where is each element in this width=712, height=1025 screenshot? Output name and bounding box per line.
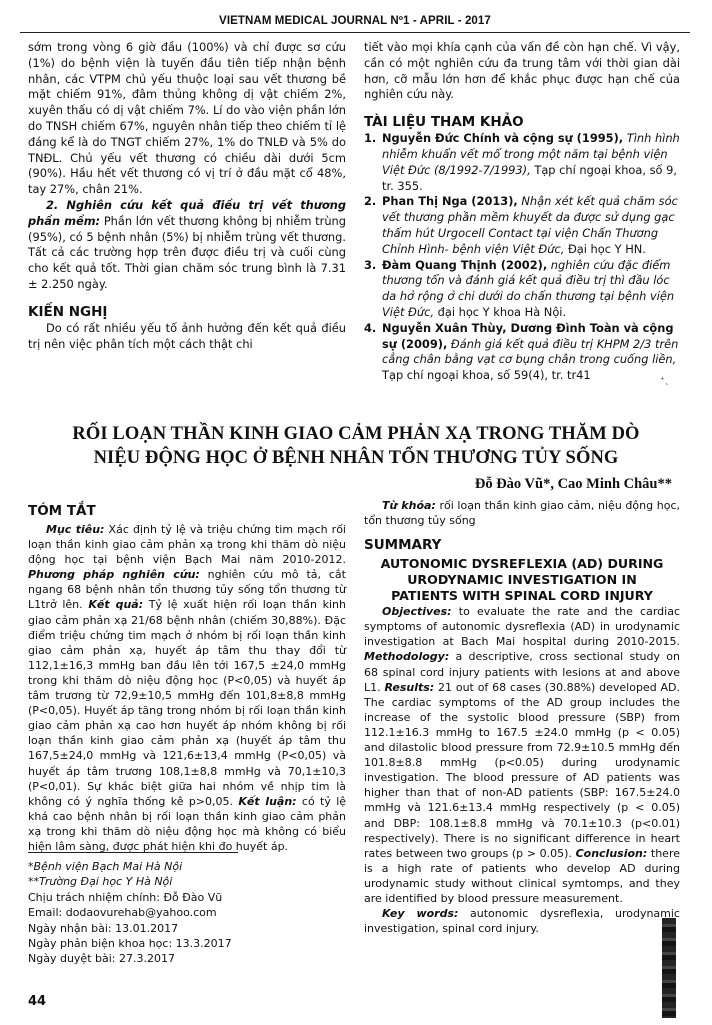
summary-body: Objectives: to evaluate the rate and the… [364, 604, 680, 906]
english-title-line-2: URODYNAMIC INVESTIGATION IN [364, 572, 680, 588]
reference-authors: Đàm Quang Thịnh (2002), [382, 258, 547, 272]
article-title-line-2: NIỆU ĐỘNG HỌC Ở BỆNH NHÂN TỔN THƯƠNG TỦY… [0, 446, 712, 470]
abstract-vi-column: TÓM TẮT Mục tiêu: Xác định tỷ lệ và triệ… [28, 502, 346, 854]
prev-treatment-paragraph: 2. Nghiên cứu kết quả điều trị vết thươn… [28, 198, 346, 293]
article-authors: Đỗ Đào Vũ*, Cao Minh Châu** [475, 476, 672, 493]
reference-authors: Phan Thị Nga (2013), [382, 194, 518, 208]
article-title: RỐI LOẠN THẦN KINH GIAO CẢM PHẢN XẠ TRON… [0, 422, 712, 470]
method-label: Phương pháp nghiên cứu: [28, 568, 200, 581]
reference-item: 1.Nguyễn Đức Chính và cộng sự (1995), Tì… [364, 131, 680, 194]
objectives-label: Objectives: [382, 605, 452, 618]
prev-article-left-column: sớm trong vòng 6 giờ đầu (100%) và chỉ đ… [28, 40, 346, 352]
reference-item: 3.Đàm Quang Thịnh (2002), nghiên cứu đặc… [364, 258, 680, 321]
reference-source: Tạp chí ngoại khoa, số 59(4), tr. tr41 [382, 368, 591, 382]
abstract-en-column: Từ khóa: rối loạn thần kinh giao cảm, ni… [364, 498, 680, 936]
corresponding-author: Chịu trách nhiệm chính: Đỗ Đào Vũ [28, 890, 346, 905]
reference-number: 4. [364, 321, 376, 337]
scan-artifact: ⁺˛ [660, 376, 669, 386]
footnotes: *Bệnh viện Bạch Mai Hà Nội **Trường Đại … [28, 852, 346, 967]
keywords-en-label: Key words: [382, 907, 458, 920]
recommendation-heading: KIẾN NGHỊ [28, 303, 346, 321]
reference-item: 4.Nguyễn Xuân Thùy, Dương Đình Toàn và c… [364, 321, 680, 384]
abstract-vi-heading: TÓM TẮT [28, 502, 346, 520]
conclusion-en-label: Conclusion: [576, 847, 648, 860]
article-title-line-1: RỐI LOẠN THẦN KINH GIAO CẢM PHẢN XẠ TRON… [0, 422, 712, 446]
reference-source: đại học Y khoa Hà Nội. [434, 305, 566, 319]
footnote-divider [28, 852, 238, 853]
results-text: 21 out of 68 cases (30.88%) developed AD… [364, 681, 680, 860]
summary-heading: SUMMARY [364, 536, 680, 554]
received-date: Ngày nhận bài: 13.01.2017 [28, 921, 346, 936]
prev-results-paragraph: sớm trong vòng 6 giờ đầu (100%) và chỉ đ… [28, 40, 346, 198]
contact-email: Email: dodaovurehab@yahoo.com [28, 905, 346, 920]
result-label: Kết quả: [88, 598, 143, 611]
accepted-date: Ngày duyệt bài: 27.3.2017 [28, 951, 346, 966]
english-title-line-1: AUTONOMIC DYSREFLEXIA (AD) DURING [364, 556, 680, 572]
affiliation-2: **Trường Đại học Y Hà Nội [28, 874, 346, 889]
prev-continuation-paragraph: tiết vào mọi khía cạnh của vấn đề còn hạ… [364, 40, 680, 103]
review-date: Ngày phản biện khoa học: 13.3.2017 [28, 936, 346, 951]
methodology-label: Methodology: [364, 650, 449, 663]
objective-label: Mục tiêu: [46, 523, 104, 536]
keywords-vi: Từ khóa: rối loạn thần kinh giao cảm, ni… [364, 498, 680, 528]
reference-authors: Nguyễn Đức Chính và cộng sự (1995), [382, 131, 623, 145]
references-heading: TÀI LIỆU THAM KHẢO [364, 113, 680, 131]
prev-article-right-column: tiết vào mọi khía cạnh của vấn đề còn hạ… [364, 40, 680, 384]
running-header: VIETNAM MEDICAL JOURNAL Nº1 - APRIL - 20… [20, 14, 690, 33]
affiliation-1: *Bệnh viện Bạch Mai Hà Nội [28, 859, 346, 874]
conclusion-label: Kết luận: [238, 795, 296, 808]
abstract-vi-body: Mục tiêu: Xác định tỷ lệ và triệu chứng … [28, 522, 346, 854]
english-title-line-3: PATIENTS WITH SPINAL CORD INJURY [364, 588, 680, 604]
page-number: 44 [28, 994, 46, 1009]
reference-item: 2.Phan Thị Nga (2013), Nhận xét kết quả … [364, 194, 680, 257]
english-title: AUTONOMIC DYSREFLEXIA (AD) DURING URODYN… [364, 556, 680, 604]
result-text: Tỷ lệ xuất hiện rối loạn thần kinh giao … [28, 598, 346, 807]
results-label: Results: [384, 681, 434, 694]
keywords-vi-label: Từ khóa: [382, 499, 436, 512]
journal-running-title: VIETNAM MEDICAL JOURNAL Nº1 - APRIL - 20… [219, 15, 491, 27]
reference-number: 3. [364, 258, 376, 274]
reference-number: 1. [364, 131, 376, 147]
reference-source: Đại học Y HN. [564, 242, 646, 256]
scan-artifact-edge [662, 918, 676, 1018]
reference-number: 2. [364, 194, 376, 210]
keywords-en: Key words: autonomic dysreflexia, urodyn… [364, 906, 680, 936]
recommendation-paragraph: Do có rất nhiều yếu tố ảnh hưởng đến kết… [28, 321, 346, 353]
